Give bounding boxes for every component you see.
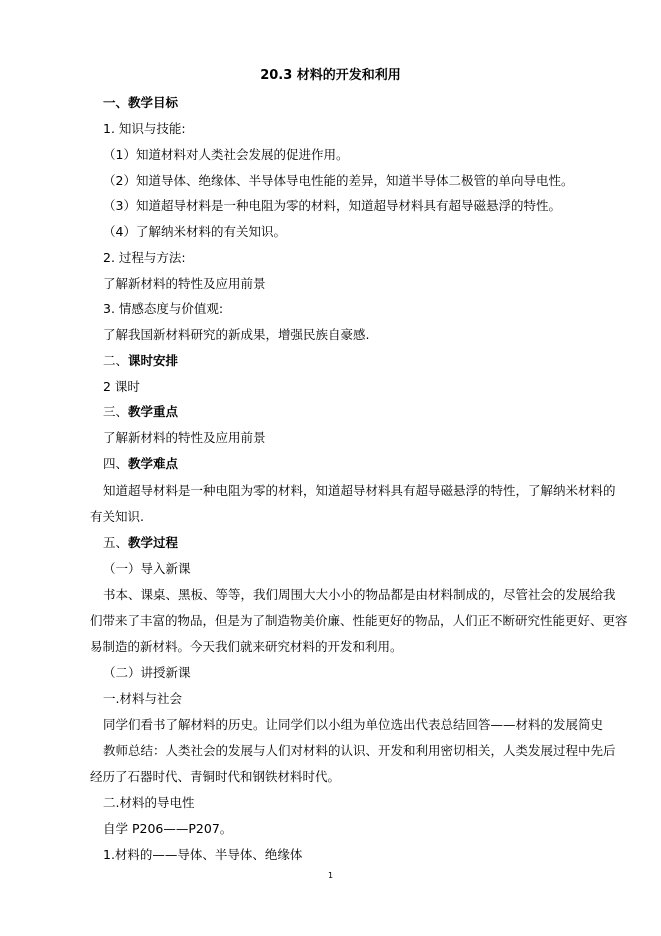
paragraph-self-study: 自学 P206——P207。	[103, 821, 232, 837]
subheading-process-method: 2. 过程与方法:	[103, 250, 186, 266]
subheading-intro: （一）导入新课	[103, 561, 191, 577]
paragraph-process-method: 了解新材料的特性及应用前景	[103, 276, 266, 292]
paragraph-schedule: 2 课时	[103, 379, 140, 395]
subheading-new-lesson: （二）讲授新课	[103, 665, 191, 681]
paragraph-difficulties-line2: 有关知识.	[90, 509, 144, 525]
paragraph-history: 同学们看书了解材料的历史。让同学们以小组为单位选出代表总结回答——材料的发展简史	[103, 717, 603, 733]
objective-item-2: （2）知道导体、绝缘体、半导体导电性能的差异，知道半导体二极管的单向导电性。	[103, 173, 573, 189]
document-page: 20.3 材料的开发和利用 一、教学目标 1. 知识与技能: （1）知道材料对人…	[0, 0, 661, 936]
objective-item-1: （1）知道材料对人类社会发展的促进作用。	[103, 147, 348, 163]
paragraph-teacher-summary-line1: 教师总结：人类社会的发展与人们对材料的认识、开发和利用密切相关，人类发展过程中先…	[103, 743, 616, 759]
heading-text: 教学难点	[128, 456, 178, 471]
objective-item-3: （3）知道超导材料是一种电阻为零的材料，知道超导材料具有超导磁悬浮的特性。	[103, 198, 561, 214]
heading-prefix: 二、	[103, 353, 128, 368]
subheading-knowledge-skills: 1. 知识与技能:	[103, 121, 186, 137]
heading-text: 教学过程	[128, 535, 178, 550]
paragraph-teacher-summary-line2: 经历了石器时代、青铜时代和钢铁材料时代。	[90, 769, 340, 785]
document-title: 20.3 材料的开发和利用	[0, 68, 661, 84]
subheading-materials-society: 一.材料与社会	[103, 691, 182, 707]
objective-item-4: （4）了解纳米材料的有关知识。	[103, 224, 286, 240]
heading-text: 教学重点	[128, 404, 178, 419]
paragraph-conductor-types: 1.材料的——导体、半导体、绝缘体	[103, 847, 302, 863]
paragraph-difficulties-line1: 知道超导材料是一种电阻为零的材料，知道超导材料具有超导磁悬浮的特性，了解纳米材料…	[103, 483, 616, 499]
section-heading-objectives: 一、教学目标	[103, 95, 178, 111]
heading-prefix: 四、	[103, 456, 128, 471]
heading-prefix: 五、	[103, 535, 128, 550]
page-number: 1	[0, 871, 661, 880]
paragraph-intro-line1: 书本、课桌、黑板、等等，我们周围大大小小的物品都是由材料制成的，尽管社会的发展给…	[103, 587, 616, 603]
section-heading-schedule: 二、课时安排	[103, 353, 178, 369]
section-heading-key-points: 三、教学重点	[103, 404, 178, 420]
heading-text: 课时安排	[128, 353, 178, 368]
paragraph-intro-line3: 易制造的新材料。今天我们就来研究材料的开发和利用。	[90, 639, 403, 655]
section-heading-process: 五、教学过程	[103, 535, 178, 551]
paragraph-attitude-values: 了解我国新材料研究的新成果，增强民族自豪感.	[103, 327, 369, 343]
section-heading-difficulties: 四、教学难点	[103, 456, 178, 472]
paragraph-key-points: 了解新材料的特性及应用前景	[103, 430, 266, 446]
subheading-conductivity: 二.材料的导电性	[103, 795, 194, 811]
paragraph-intro-line2: 们带来了丰富的物品，但是为了制造物美价廉、性能更好的物品，人们正不断研究性能更好…	[90, 613, 628, 629]
subheading-attitude-values: 3. 情感态度与价值观:	[103, 301, 223, 317]
heading-prefix: 三、	[103, 404, 128, 419]
